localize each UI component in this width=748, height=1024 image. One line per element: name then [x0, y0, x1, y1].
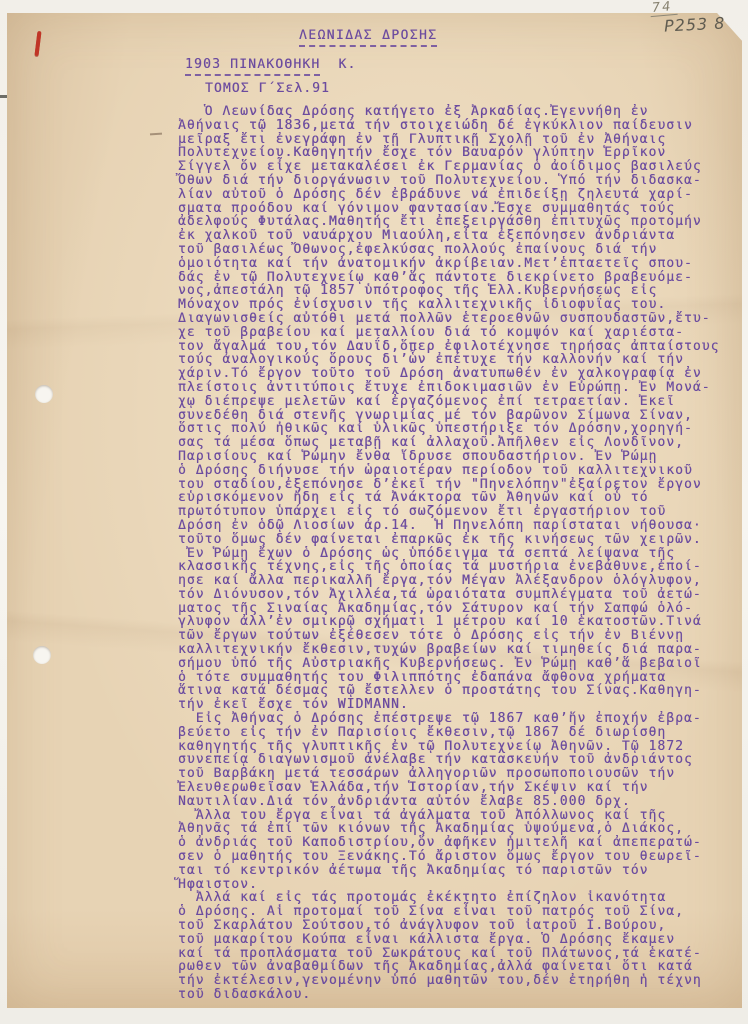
text-line: Σίγγελ ὅν εἶχε μετακαλέσει ἐκ Γερμανίας …	[178, 160, 738, 174]
text-line: Ἀθήναις τῷ 1836,μετά τήν στοιχειώδη δέ ἐ…	[178, 119, 738, 133]
text-line: ὁ ἀνδριάς τοῦ Καποδιστρίου,ὅν ἀφῆκεν ἡμι…	[178, 836, 738, 850]
text-line: Μόναχον πρός ἐνίσχυσιν τῆς καλλιτεχνικῆς…	[178, 298, 738, 312]
text-line: σήμου ὑπό τῆς Αὐστριακῆς Κυβερνήσεως. Ἐν…	[178, 657, 738, 671]
text-line: τόν Διόνυσον,τόν Ἀχιλλέα,τά ὡραιότατα συ…	[178, 588, 738, 602]
text-line: πλείστοις ἀντιτύποις ἔτυχε ἐπιδοκιμασιῶν…	[178, 381, 738, 395]
volume-line: ΤΟΜΟΣ Γ΄Σελ.91	[205, 81, 330, 96]
text-line: ὁ Δρόσης διήνυσε τήν ὡραιοτέραν περίοδον…	[178, 464, 738, 478]
text-line: ὁ τότε συμμαθητής του Φιλιππότης ἐδαπάνα…	[178, 671, 738, 685]
text-line: Δρόση ἐν ὁδῷ Λιοσίων ἀρ.14. Ἡ Πηνελόπη π…	[178, 519, 738, 533]
text-line: τοῦ Σκαρλάτου Σούτσου,τό ἀνάγλυφον τοῦ ἰ…	[178, 919, 738, 933]
text-line: καί τά προπλάσματα τοῦ Σωκράτους καί τοῦ…	[178, 947, 738, 961]
scan-edge-mark	[0, 95, 7, 98]
scanned-document: ΛΕΩΝΙΔΑΣ ΔΡΟΣΗΣ 1903 ΠΙΝΑΚΟΘΗΚΗ Κ. ΤΟΜΟΣ…	[0, 0, 748, 1024]
margin-pencil-dash	[150, 133, 162, 136]
document-page: ΛΕΩΝΙΔΑΣ ΔΡΟΣΗΣ 1903 ΠΙΝΑΚΟΘΗΚΗ Κ. ΤΟΜΟΣ…	[7, 13, 742, 1008]
text-line: σεν ὁ μαθητής του Ξενάκης.Τό ἄριστον ὅμω…	[178, 850, 738, 864]
text-line: μεῖραξ ἔτι ἐνεγράφη ἐν τῇ Γλυπτικῇ Σχολῇ…	[178, 133, 738, 147]
text-line: Ἐν Ῥώμῃ ἔχων ὁ Δρόσης ὡς ὑπόδειγμα τά σε…	[178, 547, 738, 561]
text-line: ματος τῆς Σιναίας Ἀκαδημίας,τόν Σάτυρον …	[178, 602, 738, 616]
punch-hole-top	[35, 385, 53, 403]
text-line: τοῦ βασιλέως Ὄθωνος,ἐφελκύσας πολλούς ἐπ…	[178, 243, 738, 257]
text-line: ται τό κεντρικόν ἀέτωμα τῆς Ἀκαδημίας τό…	[178, 864, 738, 878]
text-line: ὁ Δρόσης. Αἱ προτομαί τοῦ Σίνα εἶναι τοῦ…	[178, 905, 738, 919]
text-line: συνεπείᾳ διαγωνισμοῦ ἀνέλαβε τήν κατασκε…	[178, 753, 738, 767]
text-line: ησε καί ἄλλα περικαλλῆ ἔργα,τόν Μέγαν Ἀλ…	[178, 574, 738, 588]
text-line: τήν ἐκτέλεσιν,γενομένην ὑπό μαθητῶν του,…	[178, 974, 738, 988]
text-line: Διαγωνισθείς αὐτόθι μετά πολλῶν ἑτεροεθν…	[178, 312, 738, 326]
text-line: Ἐλευθερωθεῖσαν Ἑλλάδα,τήν Ἱστορίαν,τήν Σ…	[178, 781, 738, 795]
text-line: πρωτότυπον ὑπάρχει εἰς τό σωζόμενον ἔτι …	[178, 505, 738, 519]
text-line: βεύετο εἰς τήν ἐν Παρισίοις ἔκθεσιν,τῷ 1…	[178, 726, 738, 740]
text-line: ἅτινα κατά δέσμας τῷ ἔστελλεν ὁ προστάτη…	[178, 684, 738, 698]
text-line: Ἥφαιστον.	[178, 878, 738, 892]
text-line: χάριν.Τό ἔργον τοῦτο τοῦ Δρόση ἀνατυπωθέ…	[178, 367, 738, 381]
text-line: ρωθεν τῶν ἀναβαθμίδων τῆς Ἀκαδημίας,ἀλλά…	[178, 960, 738, 974]
text-line: σας τά μέσα ὅπως μεταβῇ καί ἀλλαχοῦ.Ἀπῆλ…	[178, 436, 738, 450]
text-line: γλυφον ἀλλ’ἐν σμικρῷ σχήματι 1 μέτρου κα…	[178, 615, 738, 629]
text-line: σματα προόδου καί γόνιμον φαντασίαν.Ἔσχε…	[178, 202, 738, 216]
text-line: Ἀθηνᾶς τά ἐπί τῶν κιόνων τῆς Ἀκαδημίας ὑ…	[178, 822, 738, 836]
text-line: τήν ἐκεῖ ἔσχε τόν WIDMANN.	[178, 698, 738, 712]
text-line: συνεδέθη διά στενῆς γνωριμίας μέ τόν βαρ…	[178, 409, 738, 423]
text-line: Παρισίους καί Ῥώμην ἔνθα ἵδρυσε σπουδαστ…	[178, 450, 738, 464]
text-line: ἐκ χαλκοῦ τοῦ ναυάρχου Μιαούλη,εἶτα ἐξεπ…	[178, 229, 738, 243]
text-line: τοῦτο ὅμως δέν φαίνεται ἐπαρκῶς ἐκ τῆς κ…	[178, 533, 738, 547]
pencil-number-annotation: 74	[649, 0, 677, 17]
text-line: τούς ἀναλογικούς ὅρους δι’ὧν ἐπέτυχε τήν…	[178, 353, 738, 367]
text-line: καλλιτεχνικήν ἔκθεσιν,τυχών βραβείων καί…	[178, 643, 738, 657]
text-line: καθηγητής τῆς γλυπτικῆς ἐν τῷ Πολυτεχνεί…	[178, 740, 738, 754]
text-line: ὅστις πολύ ἠθικῶς καί ὑλικῶς ὑπεστήριξε …	[178, 422, 738, 436]
source-suffix: Κ.	[320, 57, 356, 72]
text-line: εὑρισκόμενον ἤδη εἰς τά Ἀνάκτορα τῶν Ἀθη…	[178, 491, 738, 505]
punch-hole-bottom	[33, 646, 51, 664]
text-line: χῳ διέπρεψε μελετῶν καί ἐργαζόμενος ἐπί …	[178, 395, 738, 409]
text-line: Εἰς Ἀθήνας ὁ Δρόσης ἐπέστρεψε τῷ 1867 κα…	[178, 712, 738, 726]
text-line: Ὁ Λεωνίδας Δρόσης κατήγετο ἐξ Ἀρκαδίας.Ἐ…	[178, 105, 738, 119]
text-line: χε τοῦ βραβείου καί μεταλλίου διά τό κομ…	[178, 326, 738, 340]
catalog-code-annotation: Ρ253 8	[664, 13, 726, 35]
text-line: λίαν αὐτοῦ ὁ Δρόσης δέν ἐβράδυνε νά ἐπιδ…	[178, 188, 738, 202]
text-line: ὁμοιότητα καί τήν ἀνατομικήν ἀκρίβειαν.Μ…	[178, 257, 738, 271]
page-title: ΛΕΩΝΙΔΑΣ ΔΡΟΣΗΣ	[299, 28, 437, 47]
text-line: δάς ἐν τῷ Πολυτεχνείῳ καθ’ἅς πάντοτε διε…	[178, 271, 738, 285]
text-line: τοῦ διδασκάλου.	[178, 988, 738, 1002]
source-line: 1903 ΠΙΝΑΚΟΘΗΚΗ Κ.	[185, 57, 357, 72]
text-line: Ναυτιλίαν.Διά τόν ἀνδριάντα αὐτόν ἔλαβε …	[178, 795, 738, 809]
text-line: Ἄλλα του ἔργα εἶναι τά ἀγάλματα τοῦ Ἀπόλ…	[178, 809, 738, 823]
typewritten-body: Ὁ Λεωνίδας Δρόσης κατήγετο ἐξ Ἀρκαδίας.Ἐ…	[178, 105, 738, 1002]
text-line: κλασσικῆς τέχνης,εἰς τῆς ὁποίας τά μυστή…	[178, 560, 738, 574]
text-line: Ὄθων διά τήν διοργάνωσιν τοῦ Πολυτεχνείο…	[178, 174, 738, 188]
red-pen-mark	[34, 31, 41, 56]
text-line: τοῦ μακαρίτου Κούπα εἶναι κάλλιστα ἔργα.…	[178, 933, 738, 947]
text-line: τῶν ἔργων τούτων ἐξέθεσεν τότε ὁ Δρόσης …	[178, 629, 738, 643]
source-reference: 1903 ΠΙΝΑΚΟΘΗΚΗ	[185, 57, 320, 76]
text-line: τοῦ Βαρβάκη μετά τεσσάρων ἀλληγοριῶν προ…	[178, 767, 738, 781]
